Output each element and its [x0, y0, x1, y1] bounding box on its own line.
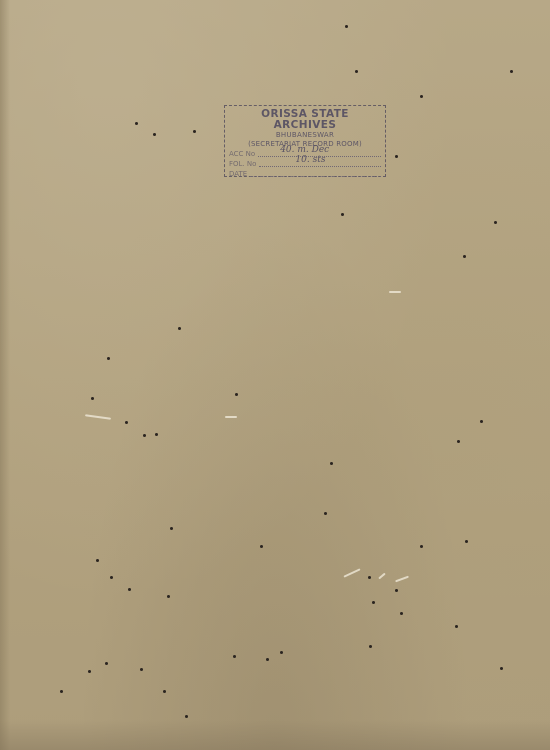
- stamp-title: ORISSA STATE ARCHIVES: [229, 109, 381, 131]
- stamp-field-value: 10. sts: [295, 155, 325, 165]
- stamp-field-label: FOL. No: [229, 159, 256, 169]
- paper-fold-edge: [0, 0, 10, 750]
- stamp-field-fol: FOL. No 10. sts: [229, 159, 381, 169]
- paper-bottom-shadow: [0, 720, 550, 750]
- stamp-field-label: ACC No: [229, 149, 255, 159]
- stamp-field-date: DATE: [229, 169, 381, 179]
- archive-stamp: ORISSA STATE ARCHIVES BHUBANESWAR (SECRE…: [224, 105, 386, 177]
- stamp-field-value: 40. m. Dec: [280, 145, 329, 155]
- stamp-field-label: DATE: [229, 169, 247, 179]
- stamp-city: BHUBANESWAR: [229, 131, 381, 140]
